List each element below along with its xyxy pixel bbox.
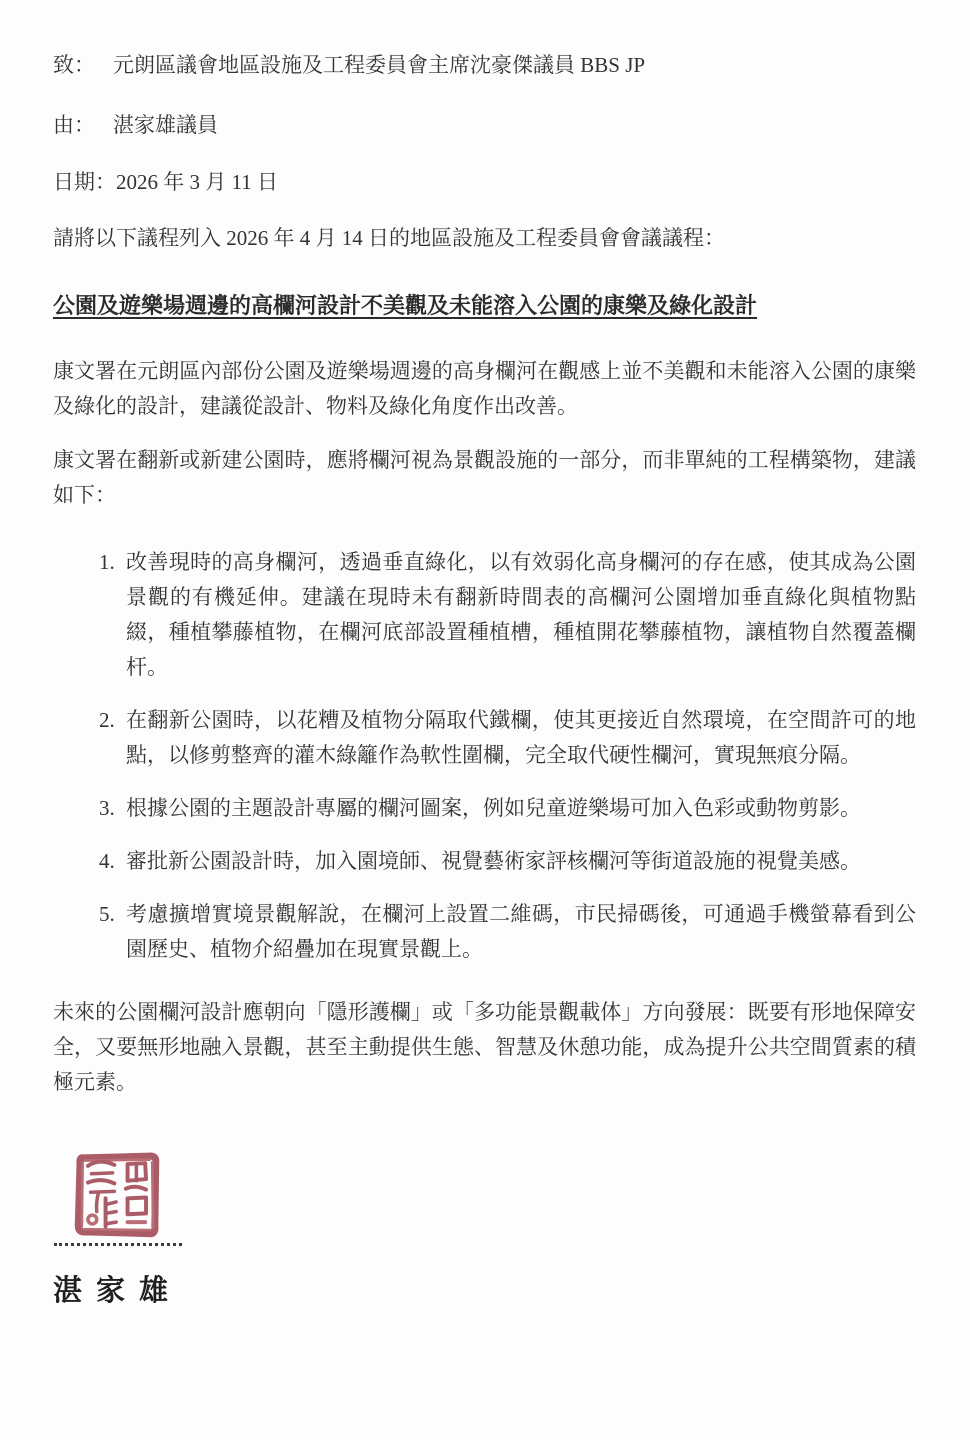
- date-label: 日期：: [53, 170, 116, 195]
- signature-seal: [73, 1150, 161, 1238]
- suggestion-list: 改善現時的高身欄河，透過垂直綠化，以有效弱化高身欄河的存在感，使其成為公園景觀的…: [53, 545, 916, 967]
- subject-heading: 公園及遊樂場週邊的高欄河設計不美觀及未能溶入公園的康樂及綠化設計: [53, 292, 916, 319]
- from-line: 由：湛家雄議員: [53, 113, 916, 138]
- date-line: 日期：2026 年 3 月 11 日: [53, 170, 916, 195]
- seal-stamp-icon: [73, 1150, 161, 1238]
- letter-page: 致：元朗區議會地區設施及工程委員會主席沈豪傑議員 BBS JP 由：湛家雄議員 …: [0, 0, 970, 1440]
- agenda-request-line: 請將以下議程列入 2026 年 4 月 14 日的地區設施及工程委員會會議議程：: [53, 226, 916, 251]
- paragraph-issue: 康文署在元朗區內部份公園及遊樂場週邊的高身欄河在觀感上並不美觀和未能溶入公園的康…: [53, 354, 916, 424]
- list-item: 在翻新公園時，以花糟及植物分隔取代鐵欄，使其更接近自然環境，在空間許可的地點，以…: [120, 703, 916, 773]
- signature-dotted-line: [54, 1243, 182, 1246]
- list-item: 考慮擴增實境景觀解說，在欄河上設置二維碼，市民掃碼後，可通過手機螢幕看到公園歷史…: [120, 897, 916, 967]
- to-label: 致：: [53, 53, 113, 78]
- to-value: 元朗區議會地區設施及工程委員會主席沈豪傑議員 BBS JP: [113, 53, 645, 77]
- paragraph-intro-suggestions: 康文署在翻新或新建公園時，應將欄河視為景觀設施的一部分，而非單純的工程構築物，建…: [53, 443, 916, 513]
- signatory-name: 湛家雄: [53, 1274, 916, 1308]
- closing-paragraph: 未來的公園欄河設計應朝向「隱形護欄」或「多功能景觀載体」方向發展：既要有形地保障…: [53, 995, 916, 1100]
- list-item: 審批新公園設計時，加入園境師、視覺藝術家評核欄河等街道設施的視覺美感。: [120, 844, 916, 879]
- from-value: 湛家雄議員: [113, 113, 218, 137]
- to-line: 致：元朗區議會地區設施及工程委員會主席沈豪傑議員 BBS JP: [53, 53, 916, 78]
- from-label: 由：: [53, 113, 113, 138]
- list-item: 根據公園的主題設計專屬的欄河圖案，例如兒童遊樂場可加入色彩或動物剪影。: [120, 791, 916, 826]
- list-item: 改善現時的高身欄河，透過垂直綠化，以有效弱化高身欄河的存在感，使其成為公園景觀的…: [120, 545, 916, 685]
- date-value: 2026 年 3 月 11 日: [116, 170, 278, 194]
